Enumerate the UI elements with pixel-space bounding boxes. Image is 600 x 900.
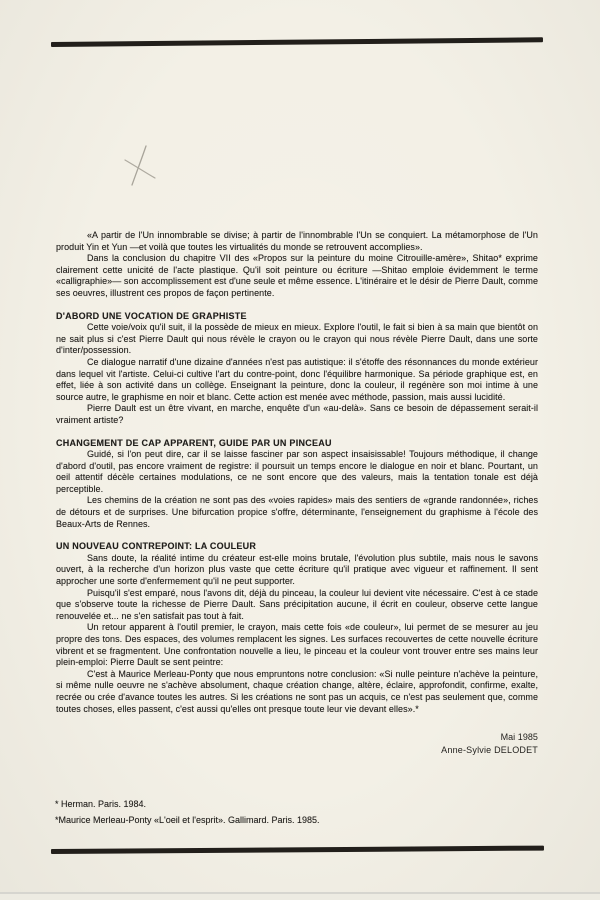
signature-author: Anne-Sylvie DELODET	[56, 744, 538, 757]
section-heading: CHANGEMENT DE CAP APPARENT, GUIDE PAR UN…	[56, 438, 538, 450]
signature-date: Mai 1985	[56, 731, 538, 744]
paragraph: Puisqu'il s'est emparé, nous l'avons dit…	[56, 588, 538, 623]
footnotes: * Herman. Paris. 1984.*Maurice Merleau-P…	[55, 796, 537, 828]
footnote: *Maurice Merleau-Ponty «L'oeil et l'espr…	[55, 812, 537, 828]
footnote: * Herman. Paris. 1984.	[55, 796, 537, 812]
signature-block: Mai 1985 Anne-Sylvie DELODET	[56, 731, 538, 756]
section-heading: UN NOUVEAU CONTREPOINT: LA COULEUR	[56, 541, 538, 553]
paragraph: Guidé, si l'on peut dire, car il se lais…	[56, 449, 538, 495]
pencil-x-annotation-icon	[121, 143, 161, 189]
scanned-document-page: { "colors": { "paper": "#f3f0e6", "ink":…	[0, 0, 600, 900]
paragraph: Sans doute, la réalité intime du créateu…	[56, 553, 538, 588]
paragraph: Ce dialogue narratif d'une dizaine d'ann…	[56, 357, 538, 403]
section-heading: D'ABORD UNE VOCATION DE GRAPHISTE	[56, 311, 538, 323]
article-body: «A partir de l'Un innombrable se divise;…	[56, 230, 538, 756]
bottom-rule	[51, 846, 544, 854]
article-text: «A partir de l'Un innombrable se divise;…	[56, 230, 538, 715]
paragraph: Dans la conclusion du chapitre VII des «…	[56, 253, 538, 299]
paragraph: C'est à Maurice Merleau-Ponty que nous e…	[56, 669, 538, 715]
paragraph: Cette voie/voix qu'il suit, il la possèd…	[56, 322, 538, 357]
paragraph: Un retour apparent à l'outil premier, le…	[56, 622, 538, 668]
paragraph: Pierre Dault est un être vivant, en marc…	[56, 403, 538, 426]
paragraph: Les chemins de la création ne sont pas d…	[56, 495, 538, 530]
top-rule	[51, 37, 543, 47]
paragraph: «A partir de l'Un innombrable se divise;…	[56, 230, 538, 253]
scanner-background-strip	[0, 894, 600, 900]
